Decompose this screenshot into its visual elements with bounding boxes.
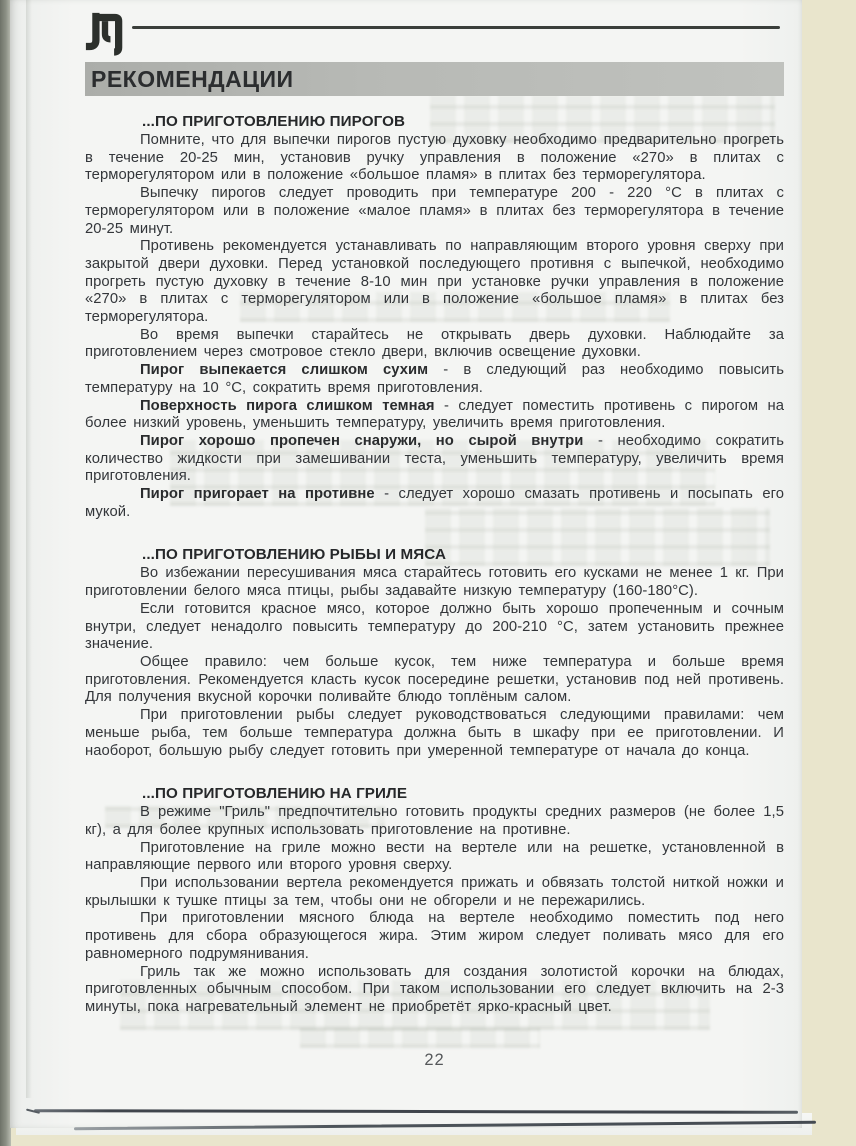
paragraph: Общее правило: чем больше кусок, тем ниж… xyxy=(85,654,784,707)
section-heading: ...ПО ПРИГОТОВЛЕНИЮ НА ГРИЛЕ xyxy=(142,785,784,802)
paragraph: Пирог хорошо пропечен снаружи, но сырой … xyxy=(85,433,784,486)
paragraph: Противень рекомендуется устанавливать по… xyxy=(85,238,784,327)
brand-logo-icon xyxy=(85,8,125,56)
scanned-manual-page: РЕКОМЕНДАЦИИ ...ПО ПРИГОТОВЛЕНИЮ ПИРОГОВ… xyxy=(0,0,856,1146)
paragraph-lead: Пирог выпекается слишком сухим xyxy=(140,362,428,378)
header-rule xyxy=(132,26,780,29)
paragraph: Если готовится красное мясо, которое дол… xyxy=(85,601,784,654)
page-crease xyxy=(26,0,32,1098)
paragraph: Выпечку пирогов следует проводить при те… xyxy=(85,185,784,238)
page-footer: 22 xyxy=(85,1051,784,1070)
manual-page: РЕКОМЕНДАЦИИ ...ПО ПРИГОТОВЛЕНИЮ ПИРОГОВ… xyxy=(10,0,802,1128)
paragraph-lead: Пирог пригорает на противне xyxy=(140,486,375,502)
page-title: РЕКОМЕНДАЦИИ xyxy=(85,66,294,93)
section-grill: ...ПО ПРИГОТОВЛЕНИЮ НА ГРИЛЕ В режиме "Г… xyxy=(85,785,784,1016)
paragraph: Пирог пригорает на противне - следует хо… xyxy=(85,486,784,521)
section-header-bar: РЕКОМЕНДАЦИИ xyxy=(85,62,784,96)
paragraph: При приготовлении мясного блюда на верте… xyxy=(85,910,784,963)
paragraph: Приготовление на гриле можно вести на ве… xyxy=(85,840,784,875)
section-heading: ...ПО ПРИГОТОВЛЕНИЮ ПИРОГОВ xyxy=(142,113,784,130)
page-number: 22 xyxy=(424,1051,444,1069)
paragraph: Поверхность пирога слишком темная - след… xyxy=(85,398,784,433)
page-top-rule-row xyxy=(85,0,784,58)
paragraph: Во избежании пересушивания мяса старайте… xyxy=(85,565,784,600)
section-heading: ...ПО ПРИГОТОВЛЕНИЮ РЫБЫ И МЯСА xyxy=(142,546,784,563)
section-fish-and-meat: ...ПО ПРИГОТОВЛЕНИЮ РЫБЫ И МЯСА Во избеж… xyxy=(85,546,784,760)
paragraph: Пирог выпекается слишком сухим - в следу… xyxy=(85,362,784,397)
section-pies: ...ПО ПРИГОТОВЛЕНИЮ ПИРОГОВ Помните, что… xyxy=(85,113,784,521)
paragraph: При использовании вертела рекомендуется … xyxy=(85,875,784,910)
paragraph: Помните, что для выпечки пирогов пустую … xyxy=(85,132,784,185)
paragraph: Гриль так же можно использовать для созд… xyxy=(85,964,784,1017)
page-stack-edge xyxy=(74,1121,816,1130)
paragraph: Во время выпечки старайтесь не открывать… xyxy=(85,327,784,362)
page-stack-edge xyxy=(34,1109,798,1113)
paragraph-lead: Поверхность пирога слишком темная xyxy=(140,398,435,414)
paragraph: В режиме "Гриль" предпочтительно готовит… xyxy=(85,804,784,839)
paragraph: При приготовлении рыбы следует руководст… xyxy=(85,707,784,760)
paragraph-lead: Пирог хорошо пропечен снаружи, но сырой … xyxy=(140,433,583,449)
